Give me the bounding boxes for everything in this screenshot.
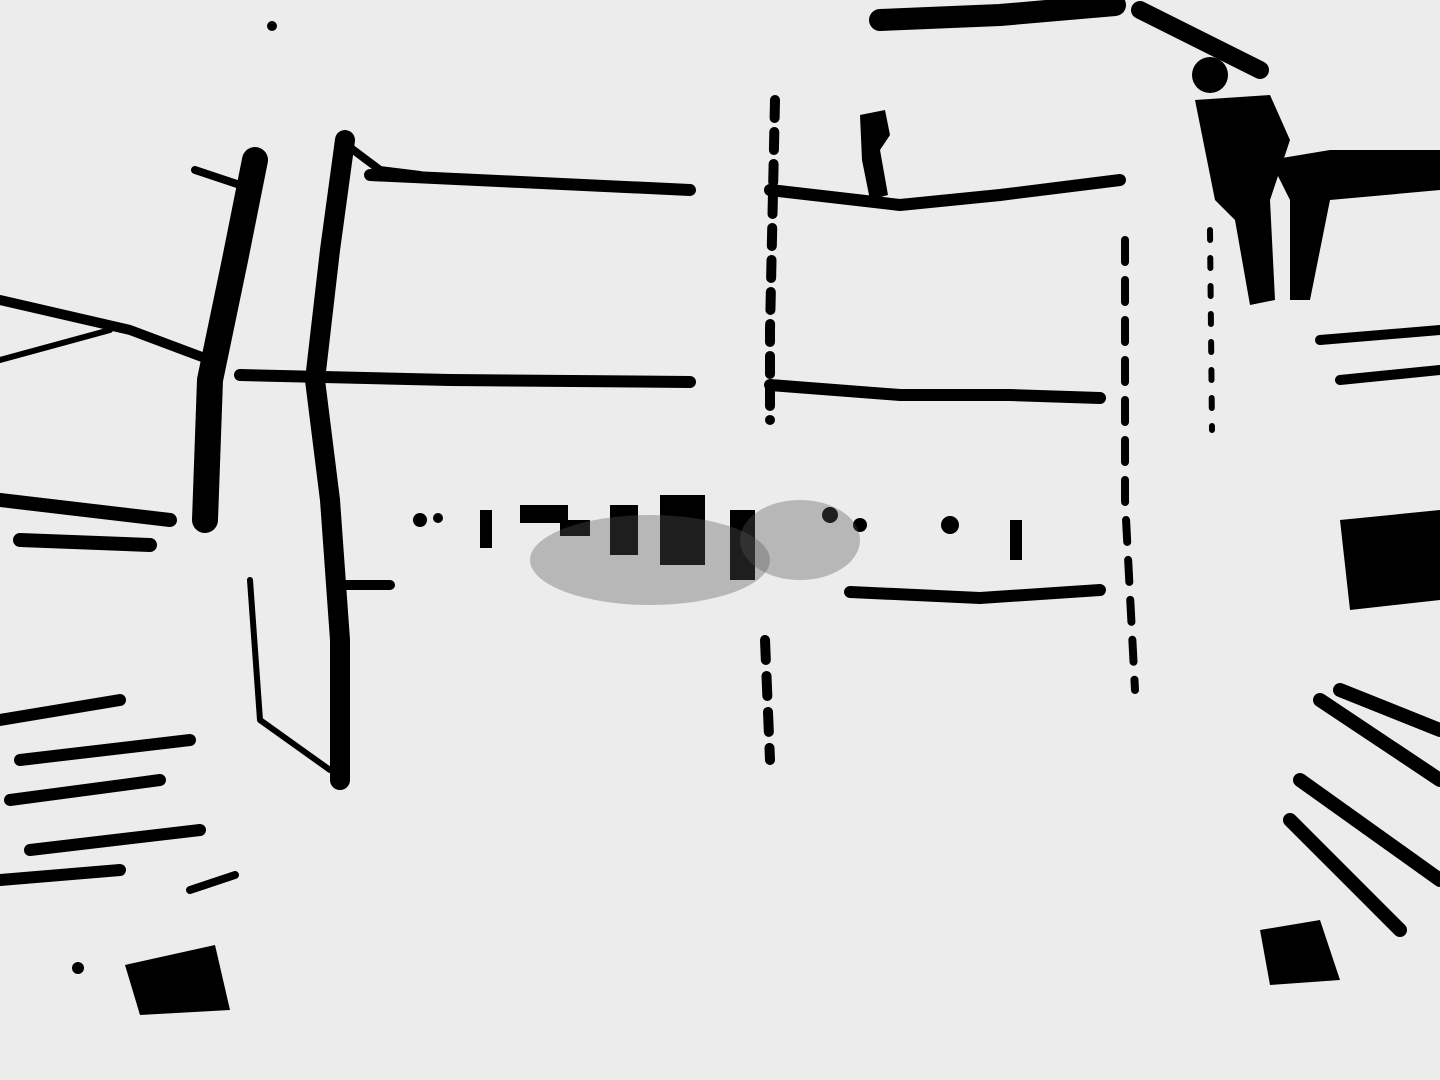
- center-blotch-row: [413, 495, 1022, 605]
- left-post-structure: [0, 140, 420, 780]
- right-edge-debris: [1260, 330, 1440, 985]
- binarized-photo: [0, 0, 1440, 1080]
- left-edge-debris: [0, 21, 277, 1015]
- figure-top-right: [1192, 57, 1440, 305]
